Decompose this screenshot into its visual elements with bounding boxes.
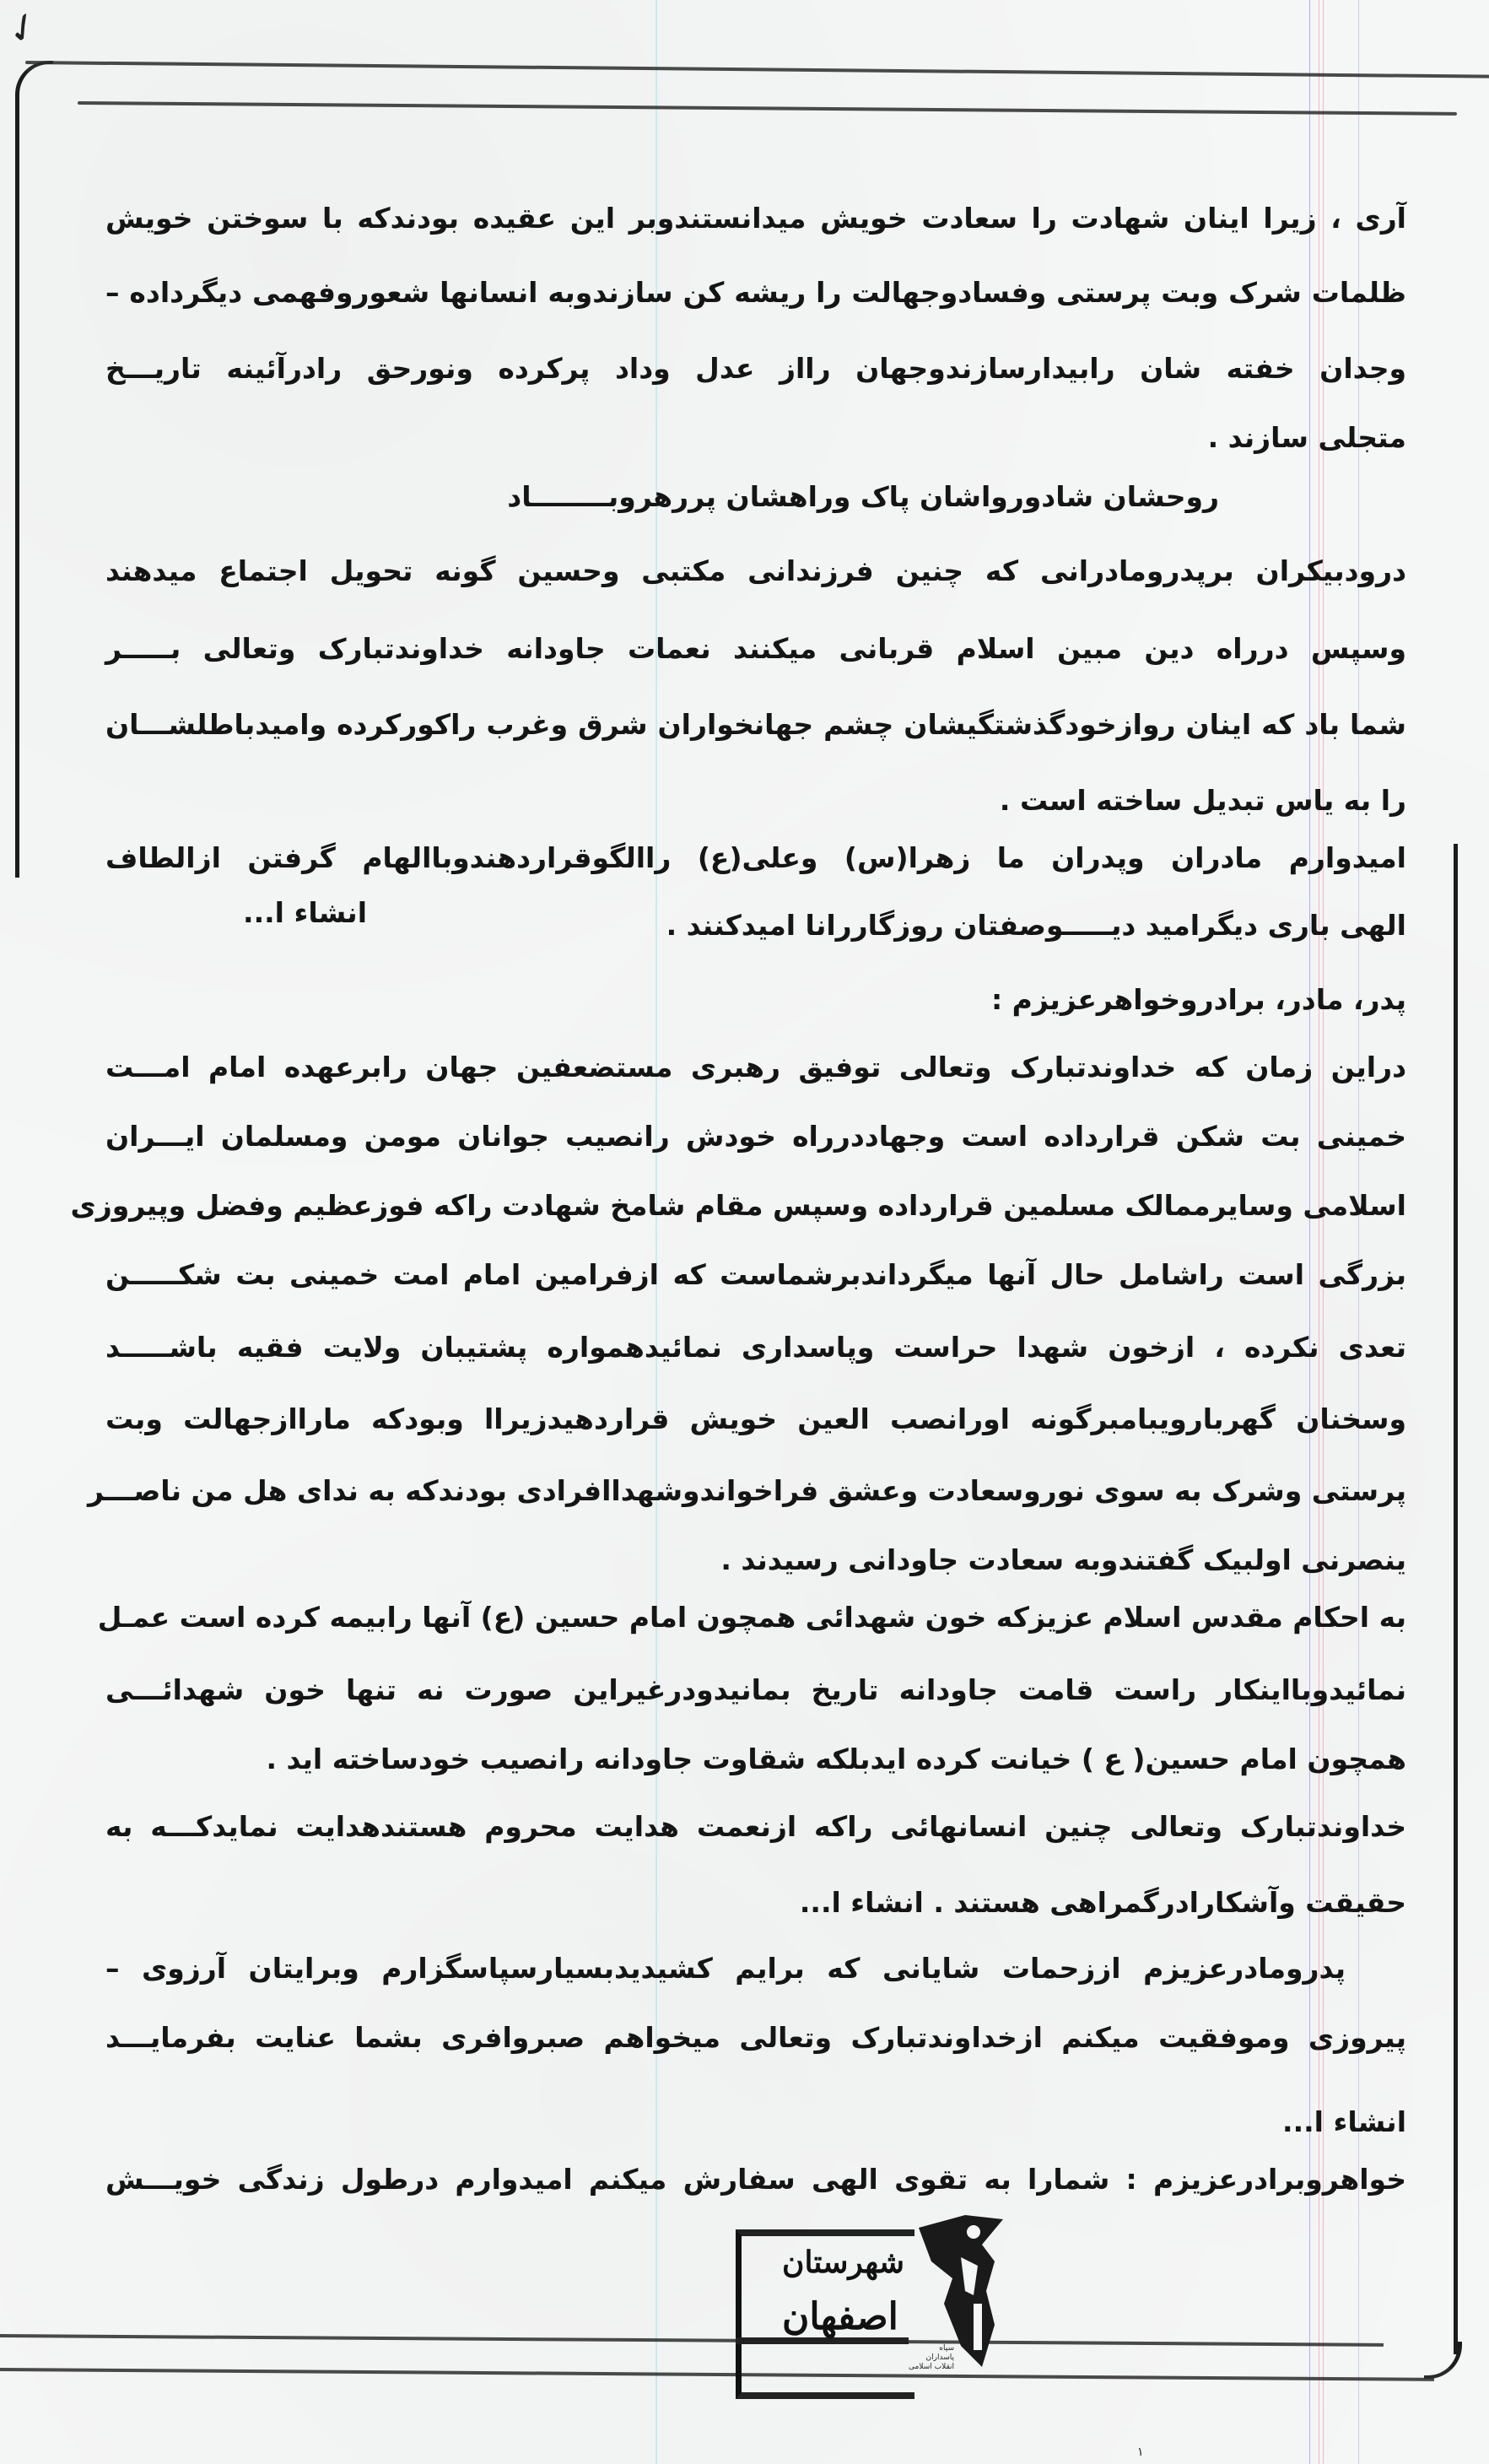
text-line: متجلی سازند . (1208, 424, 1406, 451)
text-line: پرستی وشرک به سوی نوروسعادت وعشق فراخوان… (105, 1477, 1406, 1505)
text-line: همچون امام حسین( ع ) خیانت کرده ایدبلکه … (266, 1745, 1406, 1773)
text-line: بزرگی است راشامل حال آنها میگرداندبرشماس… (105, 1261, 1406, 1289)
text-line: الهی باری دیگرامید دیـــــوصفتان روزگارر… (666, 911, 1406, 939)
text-line: را به یاس تبدیل ساخته است . (1000, 786, 1406, 814)
text-line: تعدی نکرده ، ازخون شهدا حراست وپاسداری ن… (105, 1333, 1406, 1361)
text-line: پدرومادرعزیزم اززحمات شایانی که برایم کش… (105, 1954, 1346, 1982)
stamp-caption-line: پاسداران (909, 2353, 954, 2363)
text-line: نمائیدوبااینکار راست قامت جاودانه تاریخ … (105, 1676, 1406, 1704)
text-line: وجدان خفته شان رابیدارسازندوجهان رااز عد… (105, 354, 1406, 382)
frame-left-border (15, 93, 19, 878)
frame-right-border (1454, 844, 1458, 2354)
text-line: شما باد که اینان روازخودگذشتگیشان چشم جه… (105, 711, 1406, 738)
stamp-bar (736, 2337, 909, 2344)
frame-top-rule (25, 61, 1489, 78)
text-line: امیدوارم مادران وپدران ما زهرا(س) وعلی(ع… (105, 844, 1406, 872)
stamp-caption: سپاه پاسداران انقلاب اسلامی (909, 2344, 954, 2371)
frame-corner-top-left (15, 61, 53, 98)
official-stamp: شهرستان اصفهان سپاه پاسداران انقلاب اسلا… (736, 2211, 1006, 2380)
text-line: درودبیکران برپدرومادرانی که چنین فرزندان… (105, 557, 1406, 585)
text-line-inshallah: انشاء ا... (1282, 2108, 1406, 2136)
checkmark-icon: ✓ (0, 0, 48, 56)
frame-bottom-rule-inner (0, 2334, 1384, 2347)
frame-bottom-rule (0, 2368, 1434, 2381)
text-line: حقیقت وآشکارادرگمراهی هستند . انشاء ا... (800, 1889, 1406, 1916)
text-line: ینصرنی اولبیک گفتندوبه سعادت جاودانی رسی… (720, 1546, 1406, 1574)
text-line-address: پدر، مادر، برادروخواهرعزیزم : (991, 986, 1406, 1013)
text-line: خمینی بت شکن قرارداده است وجهاددرراه خود… (105, 1122, 1406, 1150)
text-line-inshallah: انشاء ا... (243, 899, 367, 927)
stamp-city-label: اصفهان (782, 2295, 898, 2338)
page-number: ۱ (1137, 2445, 1144, 2459)
frame-corner-bottom-right (1424, 2342, 1462, 2379)
stamp-caption-line: سپاه (909, 2344, 954, 2353)
text-line: اسلامی وسایرممالک مسلمین قرارداده وسپس م… (105, 1191, 1406, 1219)
text-line: وسخنان گهربارویبامبرگونه اورانصب العین خ… (105, 1405, 1406, 1433)
text-line-salutation: روحشان شادورواشان پاک وراهشان پررهروبـــ… (507, 483, 1219, 511)
text-line: پیروزی وموفقیت میکنم ازخداوندتبارک وتعال… (105, 2024, 1406, 2051)
text-line: ظلمات شرک وبت پرستی وفسادوجهالت را ریشه … (105, 278, 1406, 306)
stamp-county-label: شهرستان (782, 2245, 904, 2280)
frame-top-rule-inner (78, 101, 1457, 116)
text-line: خواهروبرادرعزیزم : شمارا به تقوی الهی سف… (105, 2165, 1406, 2193)
text-line: دراین زمان که خداوندتبارک وتعالی توفیق ر… (105, 1053, 1406, 1081)
text-line: خداوندتبارک وتعالی چنین انسانهائی راکه ا… (105, 1813, 1406, 1840)
text-line: به احکام مقدس اسلام عزیزکه خون شهدائی هم… (105, 1603, 1406, 1631)
text-line: آری ، زیرا اینان شهادت را سعادت خویش مید… (105, 204, 1406, 232)
text-line: وسپس درراه دین مبین اسلام قربانی میکنند … (105, 635, 1406, 662)
stamp-caption-line: انقلاب اسلامی (909, 2363, 954, 2372)
